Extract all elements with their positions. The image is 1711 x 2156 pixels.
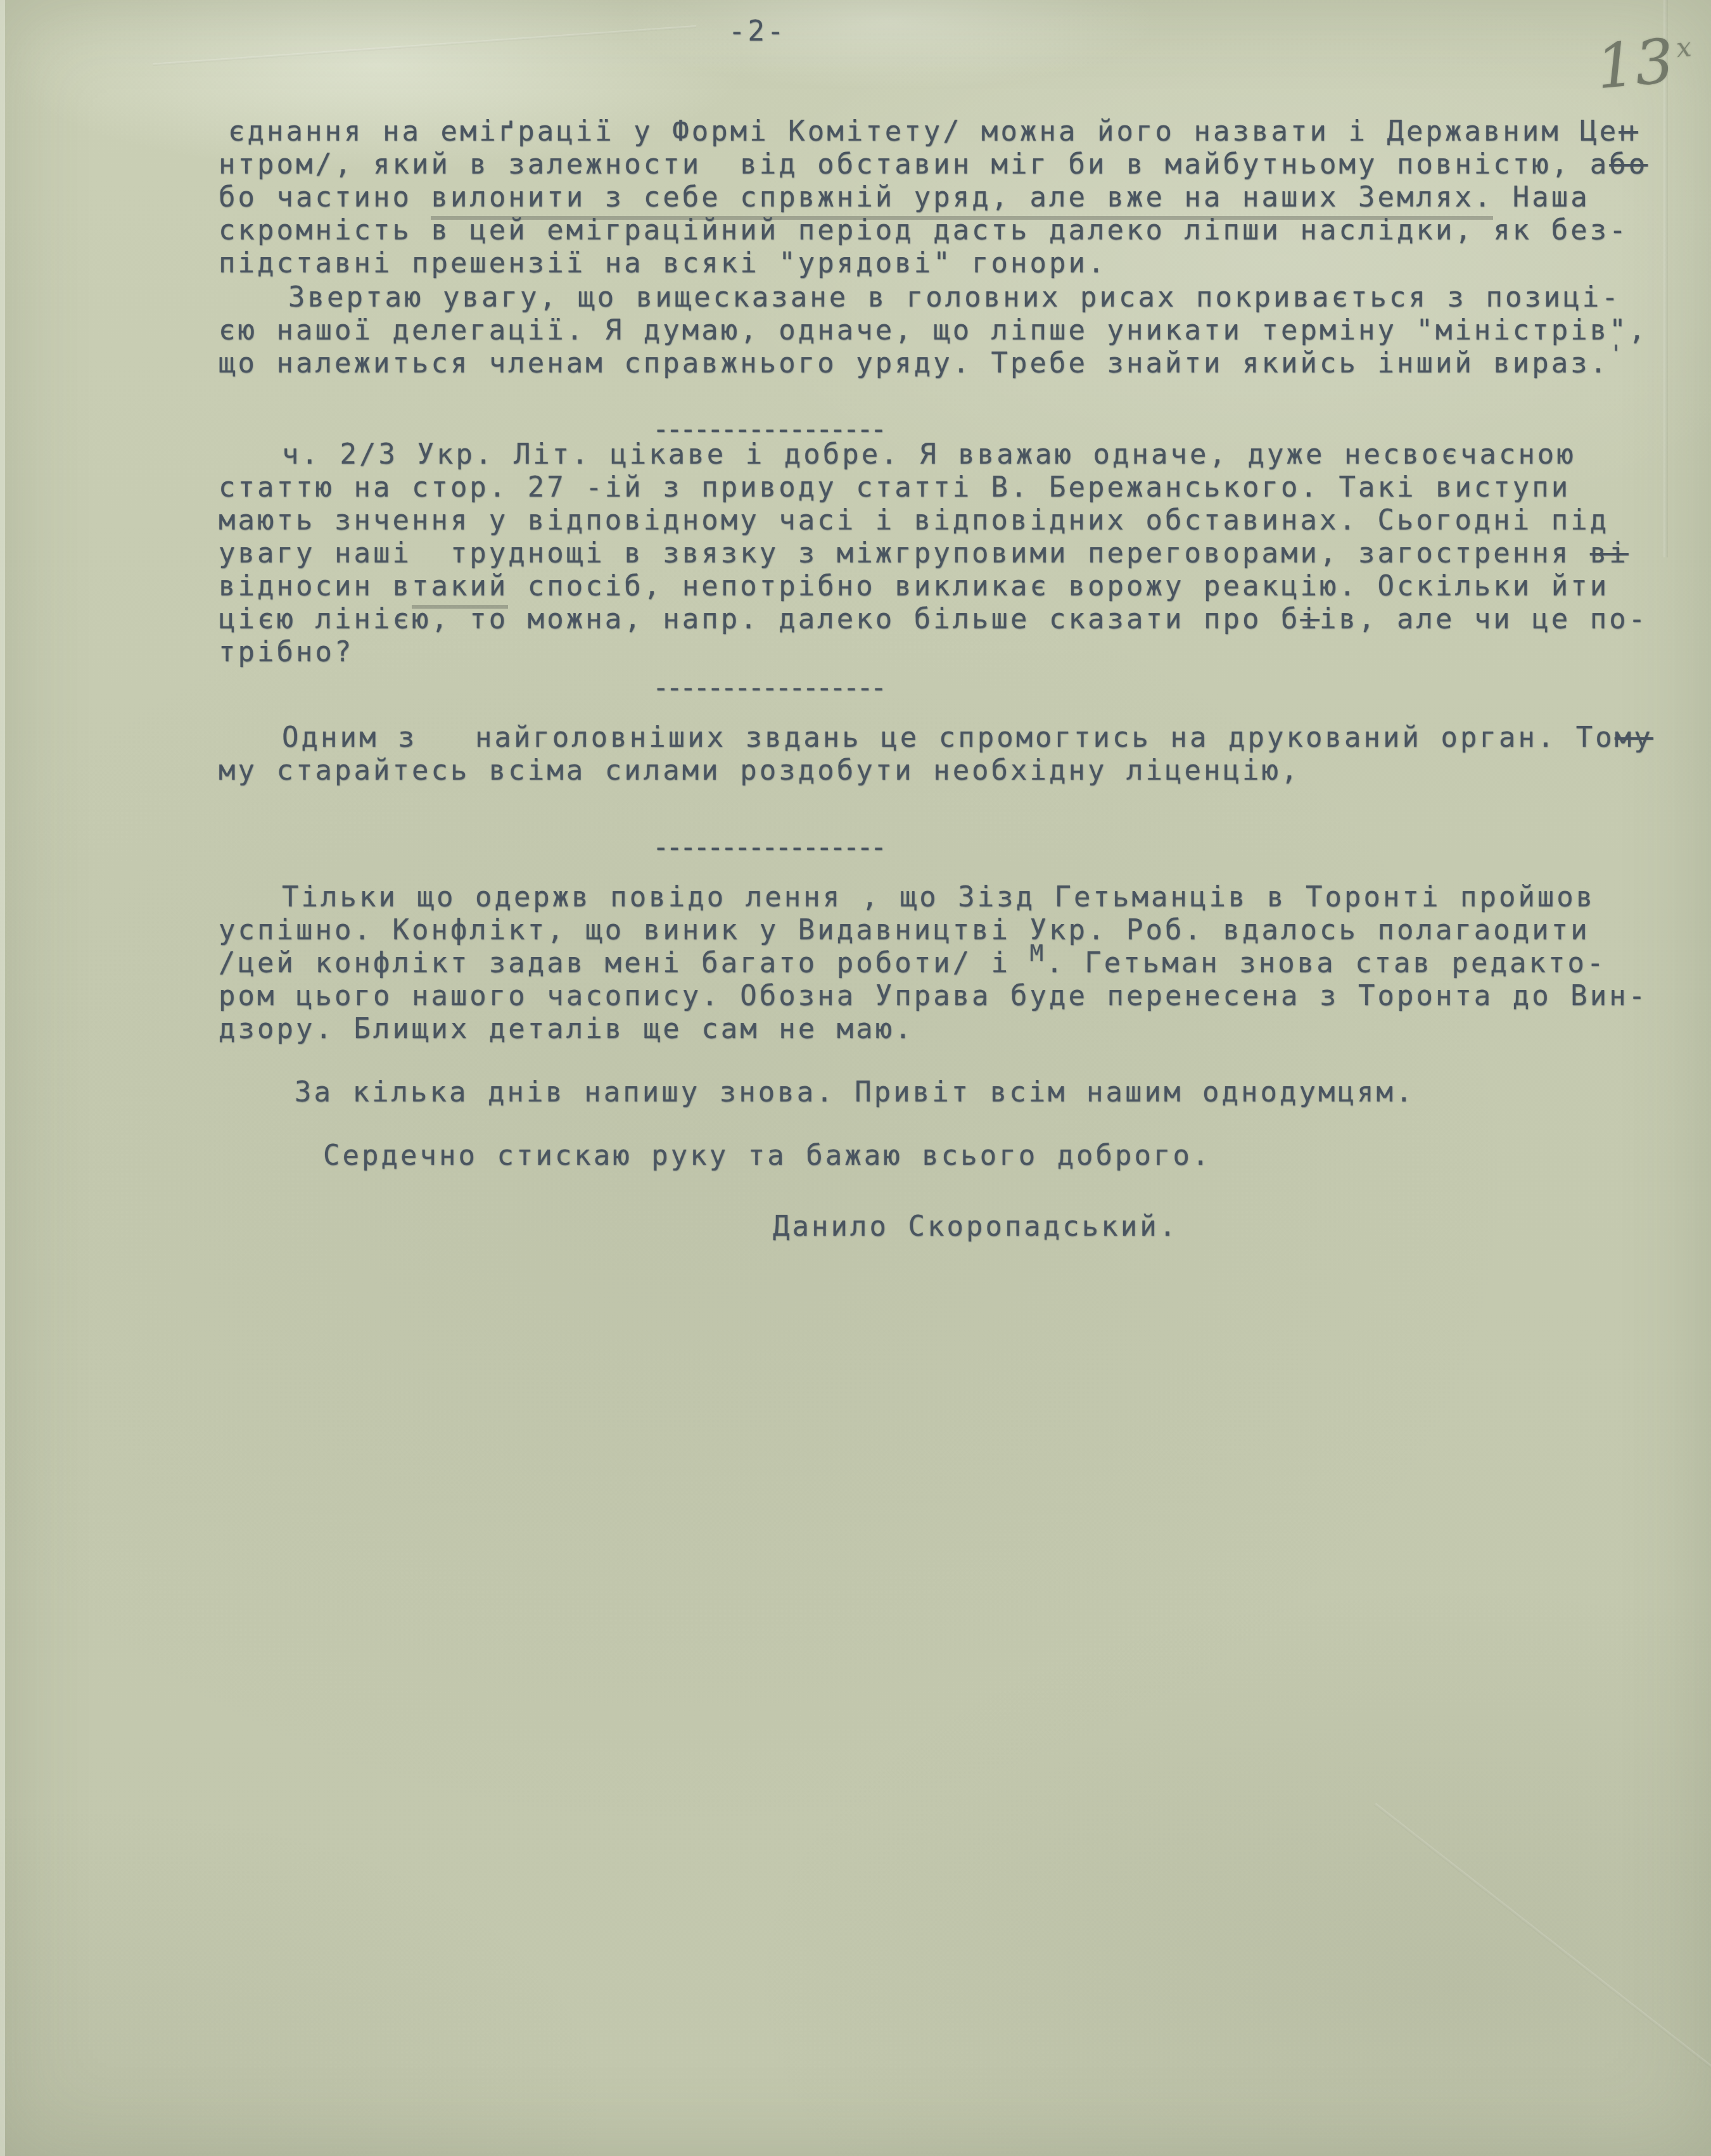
text-line: відносин втакий спосіб, непотрібно викли… [219, 570, 1648, 603]
text-line: успішно. Конфлікт, що виник у Видавництв… [219, 914, 1648, 947]
text-line: Одним з найголовніших звдань це спромогт… [219, 721, 1653, 754]
text-line: що належиться членам справжнього уряду. … [219, 347, 1648, 380]
text-segment: нтром/, який в залежности від обставин м… [219, 148, 1609, 181]
page-number: -2- [728, 15, 786, 48]
text-segment: За кілька днів напишу знова. Привіт всім… [295, 1076, 1415, 1108]
paper-edge [0, 0, 5, 2156]
text-segment: статтю на стор. 27 -ій з приводу статті … [219, 471, 1570, 504]
text-segment: ві [1590, 537, 1629, 569]
text-line: мають знчення у відповідному часі і відп… [219, 504, 1648, 537]
text-line: скромність в цей еміграційний період дас… [219, 214, 1648, 247]
text-segment: ч. 2/3 Укр. Літ. цікаве і добре. Я вважа… [282, 438, 1576, 471]
text-line: ч. 2/3 Укр. Літ. цікаве і добре. Я вважа… [219, 438, 1648, 471]
text-segment: бо [1609, 148, 1648, 181]
text-segment: Тільки що одержв повідо лення , що Зізд … [282, 881, 1595, 913]
text-line: /цей конфлікт задав мені багато роботи/ … [219, 947, 1648, 980]
paragraph-4: Одним з найголовніших звдань це спромогт… [219, 721, 1653, 787]
text-segment: му старайтесь всіма силами роздобути нео… [219, 754, 1300, 787]
text-segment: Наша [1493, 181, 1589, 213]
separator-3: ----------------- [652, 831, 884, 863]
text-line: трібно? [219, 636, 1648, 669]
text-segment: мають знчення у відповідному часі і відп… [219, 504, 1609, 536]
text-segment: . Гетьман знова став редакто- [1046, 947, 1606, 979]
text-segment: успішно. Конфлікт, що виник у Видавництв… [219, 914, 1590, 946]
text-line: Звертаю увагу, що вищесказане в головних… [219, 281, 1648, 314]
text-segment: скромність в цей еміграційний період дас… [219, 214, 1629, 246]
paper-crease-bottom [1374, 1803, 1711, 2102]
paragraph-2: Звертаю увагу, що вищесказане в головних… [219, 281, 1648, 380]
text-segment: і [1300, 603, 1320, 635]
closing-line-1: За кілька днів напишу знова. Привіт всім… [219, 1076, 1415, 1109]
text-segment: спосіб, непотрібно викликає ворожу реакц… [508, 570, 1609, 602]
text-line: єю нашої делегації. Я думаю, одначе, що … [219, 314, 1648, 347]
text-line: цією лінією, то можна, напр. далеко біль… [219, 603, 1648, 636]
text-segment: Сердечно стискаю руку та бажаю всього до… [323, 1139, 1212, 1172]
closing-line-2: Сердечно стискаю руку та бажаю всього до… [219, 1139, 1212, 1172]
separator-2: ----------------- [652, 671, 884, 704]
text-segment: відносин в [219, 570, 412, 602]
text-segment: увагу наші труднощі в звязку з міжгрупов… [219, 537, 1590, 569]
text-segment: бо частино [219, 181, 431, 213]
text-line: Сердечно стискаю руку та бажаю всього до… [219, 1139, 1212, 1172]
text-line: ром цього нашого часопису. Обозна Управа… [219, 980, 1648, 1013]
handwritten-annotation: 13x [1593, 24, 1691, 103]
text-segment: дзору. Блищих деталів ще сам не маю. [219, 1013, 914, 1045]
text-segment: ів, але чи це по- [1320, 603, 1648, 635]
text-segment: ' [1609, 341, 1625, 367]
text-segment: му [1615, 721, 1653, 754]
paragraph-5: Тільки що одержв повідо лення , що Зізд … [219, 881, 1648, 1046]
text-line: Данило Скоропадський. [219, 1210, 1178, 1243]
text-line: бо частино вилонити з себе спрвжній уряд… [219, 181, 1648, 214]
text-segment: Звертаю увагу, що вищесказане в головних… [288, 281, 1621, 314]
text-segment: трібно? [219, 636, 353, 668]
text-line: увагу наші труднощі в звязку з міжгрупов… [219, 537, 1648, 570]
text-line: єднання на еміґрації у Формі Комітету/ м… [219, 115, 1648, 148]
text-line: статтю на стор. 27 -ій з приводу статті … [219, 471, 1648, 504]
paragraph-1: єднання на еміґрації у Формі Комітету/ м… [219, 115, 1648, 280]
text-line: нтром/, який в залежности від обставин м… [219, 148, 1648, 181]
text-line: му старайтесь всіма силами роздобути нео… [219, 754, 1653, 787]
text-segment: Одним з найголовніших звдань це спромогт… [282, 721, 1615, 754]
text-line: дзору. Блищих деталів ще сам не маю. [219, 1013, 1648, 1046]
paragraph-3: ч. 2/3 Укр. Літ. цікаве і добре. Я вважа… [219, 438, 1648, 669]
signature: Данило Скоропадський. [219, 1210, 1178, 1243]
annotation-number: 13 [1593, 25, 1676, 103]
text-segment: підставні прешензії на всякі "урядові" г… [219, 247, 1107, 279]
text-segment: н [1619, 115, 1638, 148]
text-line: За кілька днів напишу знова. Привіт всім… [219, 1076, 1415, 1109]
document-page: -2- 13x єднання на еміґрації у Формі Ком… [0, 0, 1711, 2156]
text-line: підставні прешензії на всякі "урядові" г… [219, 247, 1648, 280]
text-segment: М [1030, 941, 1046, 967]
text-line: Тільки що одержв повідо лення , що Зізд … [219, 881, 1648, 914]
text-segment: що належиться членам справжнього уряду. … [219, 347, 1609, 379]
text-segment: /цей конфлікт задав мені багато роботи/ … [219, 947, 1030, 979]
text-segment: цією лінією, то можна, напр. далеко біль… [219, 603, 1300, 635]
annotation-mark: x [1675, 31, 1693, 63]
text-segment: Данило Скоропадський. [773, 1210, 1178, 1243]
paper-crease-top [153, 25, 696, 66]
text-segment: ром цього нашого часопису. Обозна Управа… [219, 980, 1648, 1012]
text-segment: єю нашої делегації. Я думаю, одначе, що … [219, 314, 1648, 346]
text-segment: єднання на еміґрації у Формі Комітету/ м… [228, 115, 1619, 148]
